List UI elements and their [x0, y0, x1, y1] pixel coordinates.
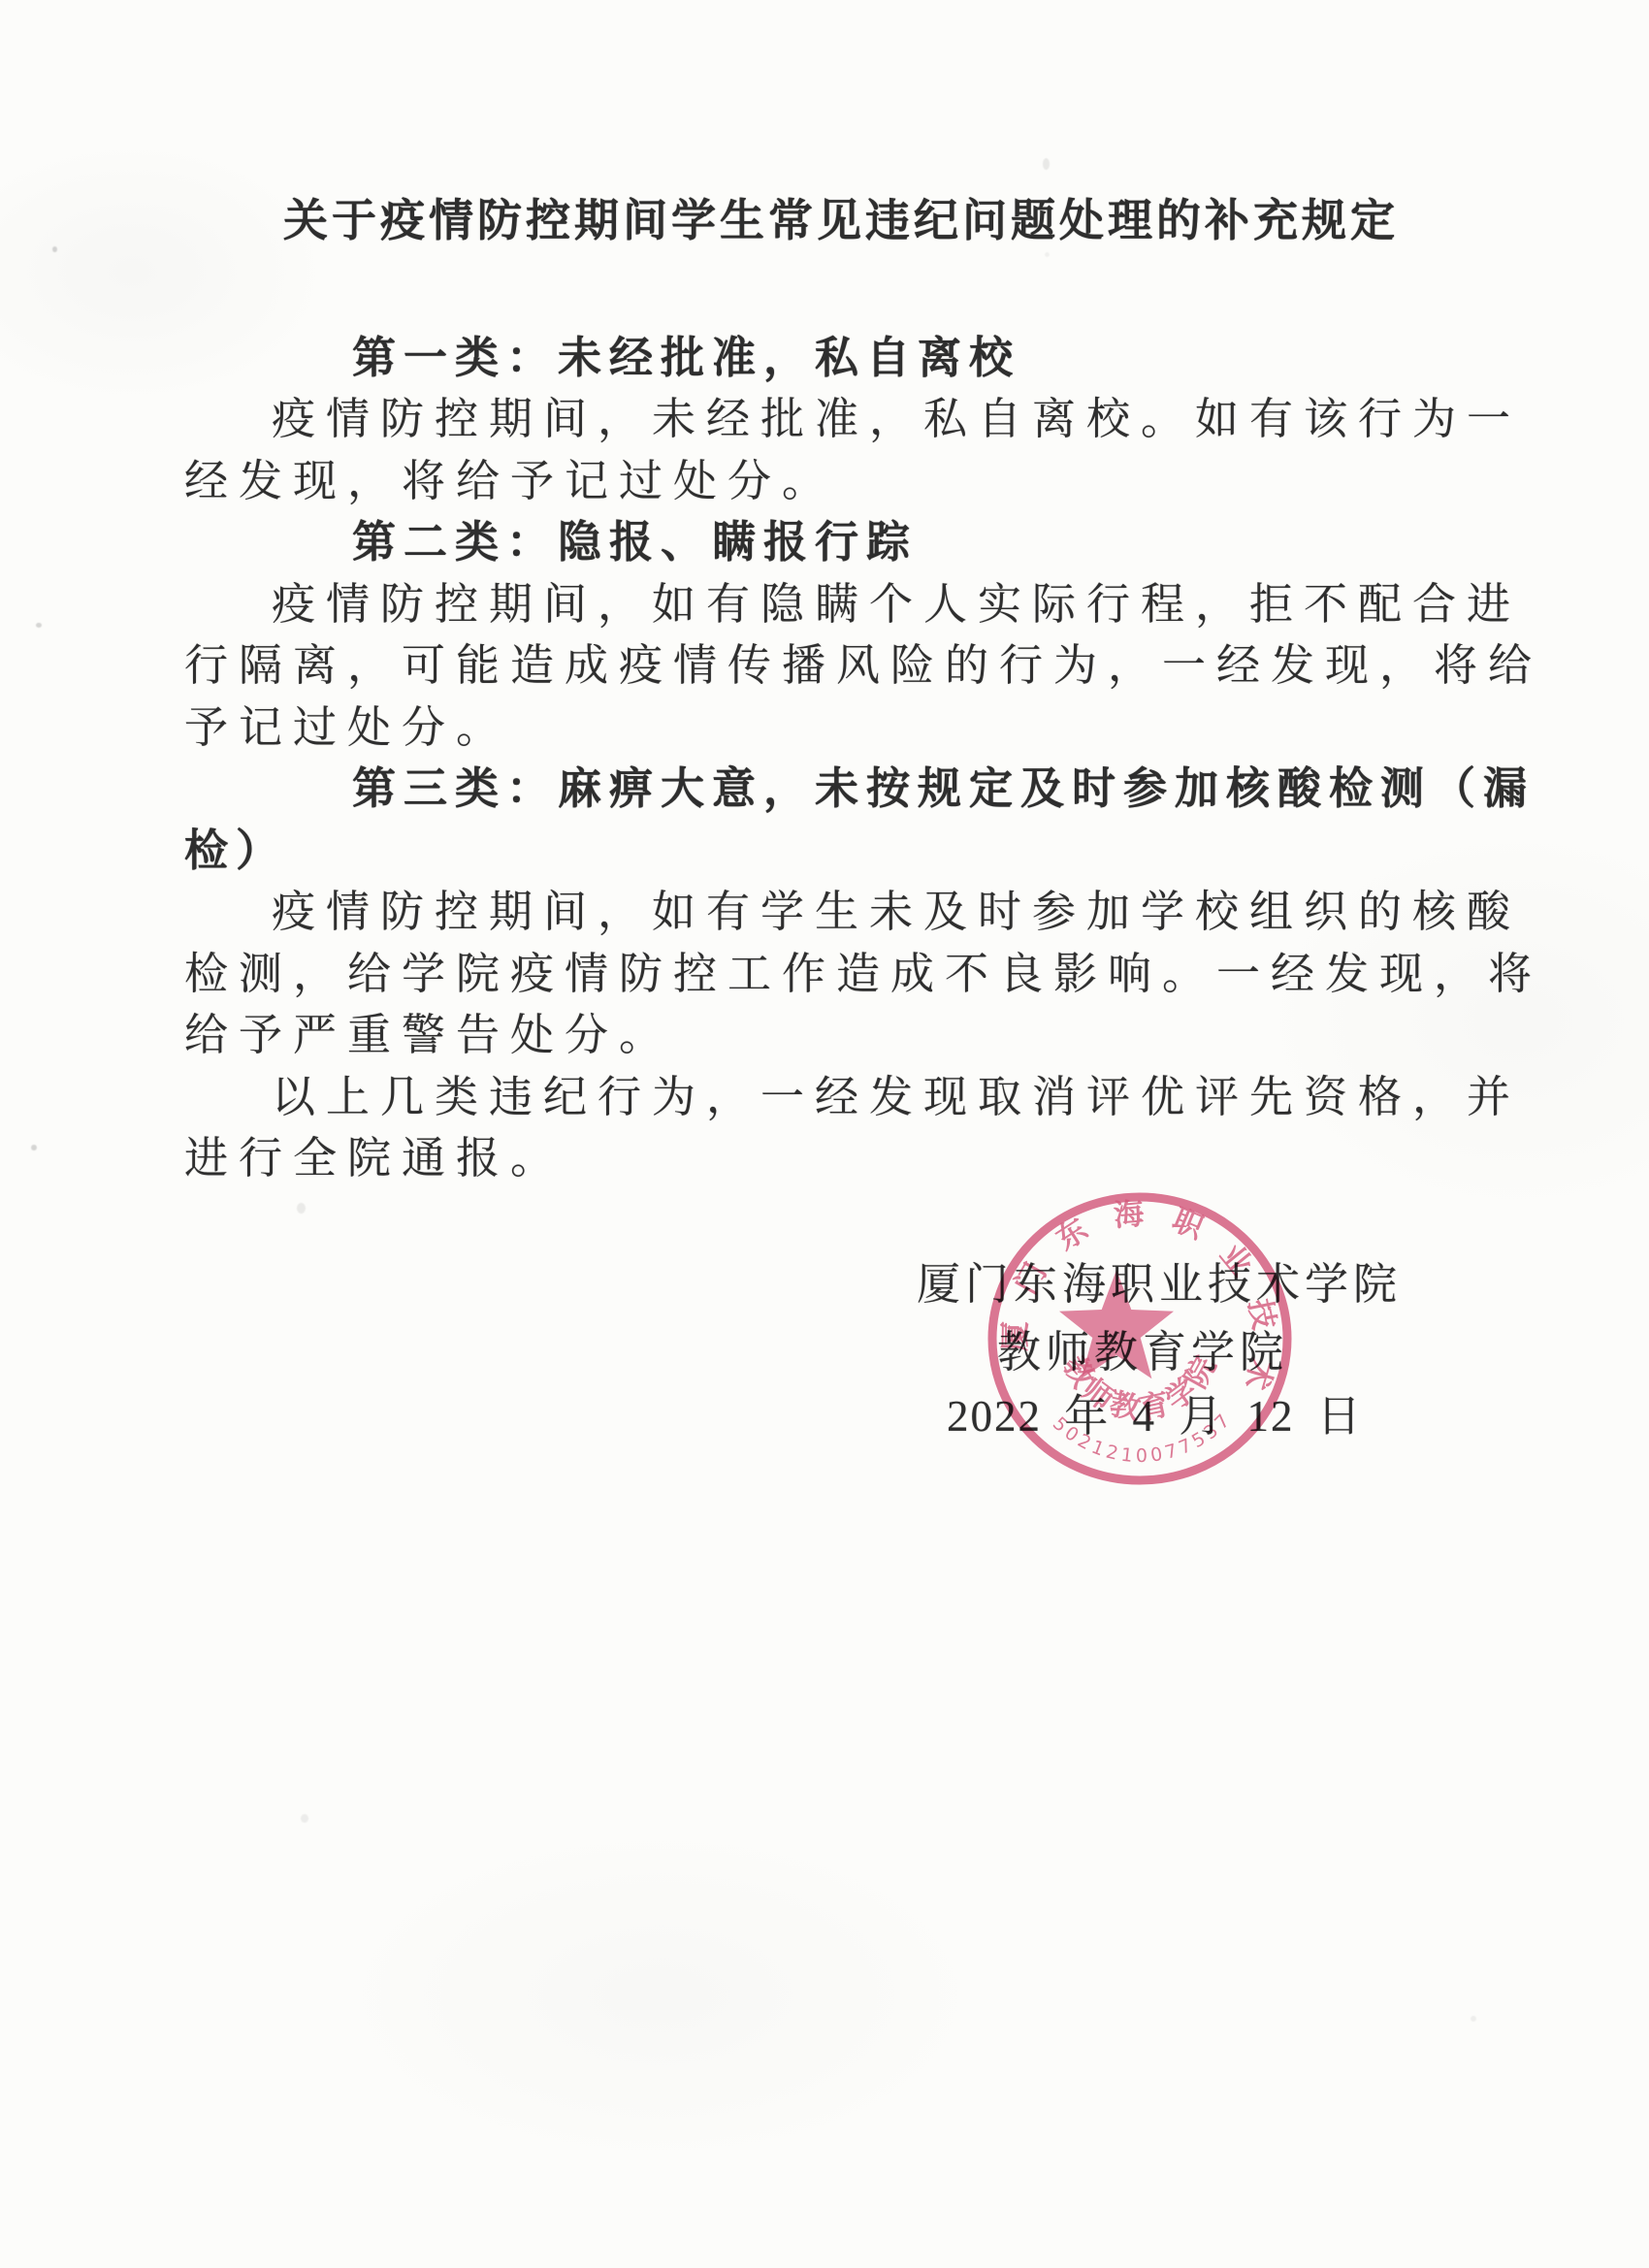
- section-3-body-line-2: 检测，给学院疫情防控工作造成不良影响。一经发现，将: [184, 943, 1542, 1005]
- section-2-body-line-1: 疫情防控期间，如有隐瞒个人实际行程，拒不配合进: [272, 573, 1521, 635]
- section-1-body-line-1: 疫情防控期间，未经批准，私自离校。如有该行为一: [272, 388, 1521, 450]
- section-2-body-line-3: 予记过处分。: [184, 697, 510, 759]
- closing-line-1: 以上几类违纪行为，一经发现取消评优评先资格，并: [272, 1066, 1521, 1128]
- closing-line-2: 进行全院通报。: [184, 1127, 565, 1189]
- section-1-body-line-2: 经发现，将给予记过处分。: [184, 450, 836, 512]
- section-3-heading-line-1: 第三类：麻痹大意，未按规定及时参加核酸检测（漏: [352, 758, 1535, 820]
- section-1-heading: 第一类：未经批准，私自离校: [352, 327, 1020, 389]
- scan-speck: [1045, 252, 1050, 257]
- section-3-body-line-1: 疫情防控期间，如有学生未及时参加学校组织的核酸: [272, 881, 1521, 943]
- scan-speck: [31, 1145, 37, 1150]
- seal-serial-number: 5021210077537: [1049, 1410, 1234, 1467]
- section-3-body-line-3: 给予严重警告处分。: [184, 1004, 673, 1066]
- scan-speck: [36, 623, 42, 628]
- scan-speck: [297, 1203, 306, 1214]
- document-page: 关于疫情防控期间学生常见违纪问题处理的补充规定 第一类：未经批准，私自离校 疫情…: [0, 0, 1649, 2268]
- scan-speck: [1043, 158, 1050, 170]
- section-2-heading: 第二类：隐报、瞒报行踪: [352, 511, 918, 573]
- scan-speck: [301, 1814, 308, 1823]
- scan-speck: [1471, 2016, 1476, 2022]
- section-3-heading-line-2: 检）: [184, 820, 287, 882]
- official-seal-stamp: 厦门东海职业技术学院 教师教育学院 5021210077537: [982, 1188, 1298, 1489]
- scan-speck: [52, 246, 57, 252]
- section-2-body-line-2: 行隔离，可能造成疫情传播风险的行为，一经发现，将给: [184, 634, 1542, 697]
- document-title: 关于疫情防控期间学生常见违纪问题处理的补充规定: [283, 190, 1399, 252]
